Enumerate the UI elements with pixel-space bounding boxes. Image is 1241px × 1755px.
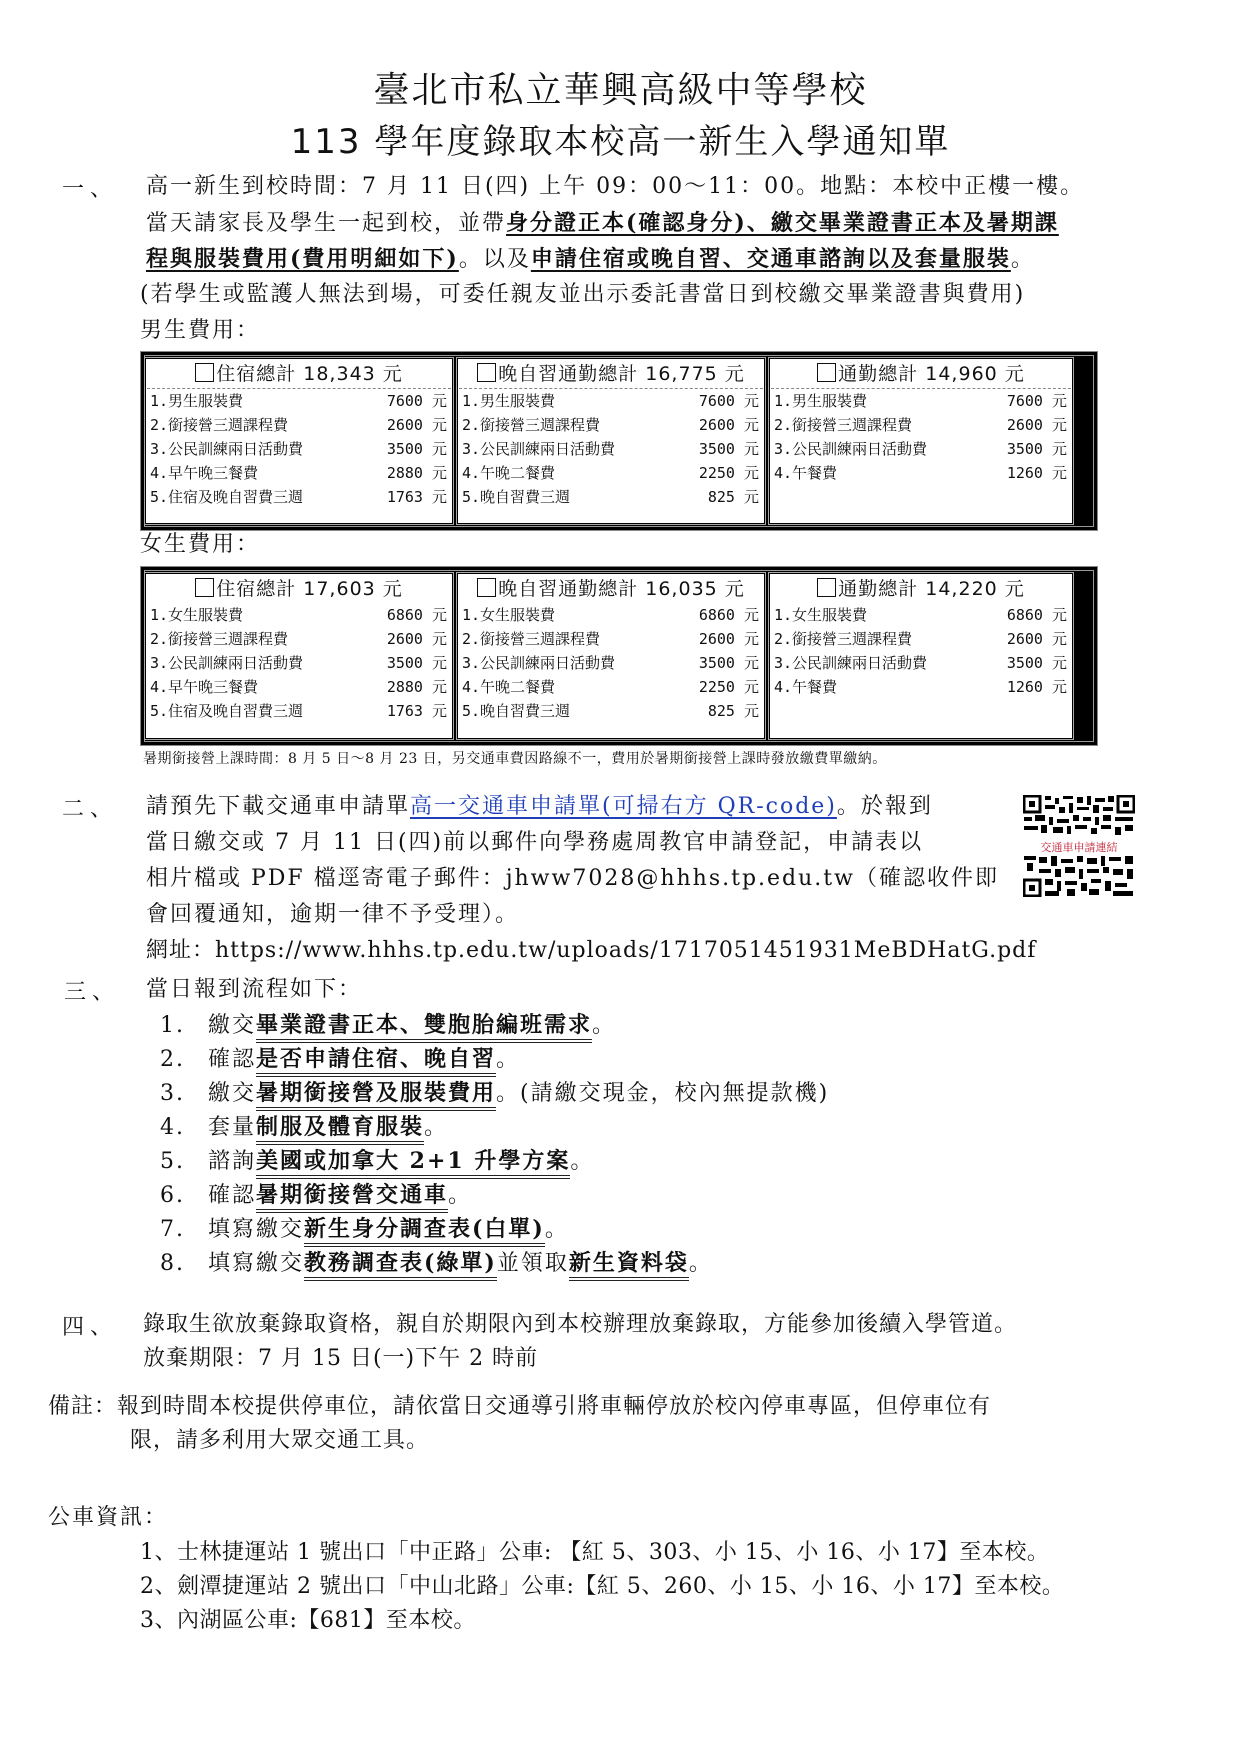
checkbox[interactable] [477, 363, 496, 382]
fee-row: 4.早午晚三餐費2880 元 [147, 461, 451, 485]
section3-marker: 三、 [64, 975, 120, 1006]
fee-item-name: 1.男生服裝費 [774, 389, 867, 413]
fee-box-header: 住宿總計 18,343 元 [147, 360, 451, 389]
checkbox[interactable] [195, 363, 214, 382]
fee-item-amount: 3500 元 [699, 437, 759, 461]
fee-item-name: 1.男生服裝費 [462, 389, 555, 413]
fee-row: 5.住宿及晚自習費三週1763 元 [147, 699, 451, 723]
fee-item-amount: 2600 元 [699, 413, 759, 437]
fee-row: 1.男生服裝費7600 元 [459, 389, 763, 413]
step-number: 7. [160, 1215, 208, 1245]
fee-row: 1.男生服裝費7600 元 [147, 389, 451, 413]
fee-box-title: 通勤總計 14,960 元 [838, 363, 1025, 385]
fee-item-amount: 2600 元 [387, 413, 447, 437]
checkbox[interactable] [195, 578, 214, 597]
fee-row: 4.午晚二餐費2250 元 [459, 461, 763, 485]
fee-row: 4.午晚二餐費2250 元 [459, 675, 763, 699]
step-emphasis: 制服及體育服裝 [256, 1114, 424, 1145]
section1-marker: 一、 [62, 172, 118, 203]
section1-line2: 當天請家長及學生一起到校，並帶身分證正本(確認身分)、繳交畢業證書正本及暑期課 [146, 208, 1059, 239]
fee-item-name: 3.公民訓練兩日活動費 [150, 437, 303, 461]
fee-box-header: 住宿總計 17,603 元 [147, 575, 451, 603]
fee-item-name: 3.公民訓練兩日活動費 [774, 651, 927, 675]
bus-application-link[interactable]: 高一交通車申請單(可掃右方 QR-code) [410, 794, 837, 819]
section4-line1: 錄取生欲放棄錄取資格，親自於期限內到本校辦理放棄錄取，方能參加後續入學管道。 [143, 1310, 1017, 1340]
fee-row: 2.銜接營三週課程費2600 元 [459, 627, 763, 651]
male-fee-commute: 通勤總計 14,960 元 1.男生服裝費7600 元 2.銜接營三週課程費26… [771, 360, 1071, 522]
fee-box-title: 通勤總計 14,220 元 [838, 578, 1025, 600]
fee-row: 3.公民訓練兩日活動費3500 元 [771, 437, 1071, 461]
fee-item-amount: 2250 元 [699, 675, 759, 699]
fee-box-title: 住宿總計 17,603 元 [216, 578, 403, 600]
fee-row: 3.公民訓練兩日活動費3500 元 [459, 651, 763, 675]
section2-line1: 請預先下載交通車申請單高一交通車申請單(可掃右方 QR-code)。於報到 [146, 792, 933, 822]
fee-row: 3.公民訓練兩日活動費3500 元 [459, 437, 763, 461]
fee-row: 1.女生服裝費6860 元 [459, 603, 763, 627]
fee-row: 1.女生服裝費6860 元 [147, 603, 451, 627]
fee-item-amount: 3500 元 [387, 437, 447, 461]
fee-row: 2.銜接營三週課程費2600 元 [771, 627, 1071, 651]
fee-item-name: 4.午餐費 [774, 461, 837, 485]
fee-item-name: 2.銜接營三週課程費 [462, 627, 600, 651]
fee-item-amount: 2250 元 [699, 461, 759, 485]
fee-row: 4.早午晚三餐費2880 元 [147, 675, 451, 699]
qr-code-block[interactable]: 交通車申請連結 [1023, 795, 1135, 901]
fee-item-name: 2.銜接營三週課程費 [150, 413, 288, 437]
camp-schedule-note: 暑期銜接營上課時間：8 月 5 日～8 月 23 日，另交通車費因路線不一，費用… [143, 748, 887, 768]
fee-item-amount: 7600 元 [699, 389, 759, 413]
qr-code-icon [1023, 795, 1135, 837]
step-emphasis: 是否申請住宿、晚自習 [256, 1046, 496, 1077]
fee-item-amount: 2600 元 [1007, 627, 1067, 651]
bus-route-item: 1、士林捷運站 1 號出口「中正路」公車: 【紅 5、303、小 15、小 16… [140, 1538, 1049, 1568]
fee-row: 5.晚自習費三週825 元 [459, 699, 763, 723]
step-mid: 並領取 [497, 1251, 569, 1276]
female-fee-commute: 通勤總計 14,220 元 1.女生服裝費6860 元 2.銜接營三週課程費26… [771, 575, 1071, 737]
fee-item-name: 2.銜接營三週課程費 [774, 627, 912, 651]
step-number: 2. [160, 1045, 208, 1075]
fee-item-amount: 825 元 [708, 485, 759, 509]
qr-code-icon [1023, 855, 1135, 897]
section1-line3-mid: 。以及 [459, 247, 531, 272]
fee-item-name: 4.午晚二餐費 [462, 675, 555, 699]
bus-route-item: 3、內湖區公車:【681】至本校。 [140, 1606, 476, 1636]
fee-item-name: 1.女生服裝費 [774, 603, 867, 627]
female-fee-dorm: 住宿總計 17,603 元 1.女生服裝費6860 元 2.銜接營三週課程費26… [147, 575, 451, 737]
fee-item-name: 4.早午晚三餐費 [150, 675, 258, 699]
fee-item-amount: 6860 元 [1007, 603, 1067, 627]
fee-box-header: 通勤總計 14,220 元 [771, 575, 1071, 603]
fee-item-name: 2.銜接營三週課程費 [150, 627, 288, 651]
checkbox[interactable] [477, 578, 496, 597]
bus-info-heading: 公車資訊： [48, 1503, 168, 1533]
fee-box-header: 晚自習通勤總計 16,775 元 [459, 360, 763, 389]
step-number: 6. [160, 1181, 208, 1211]
fee-item-name: 5.晚自習費三週 [462, 699, 570, 723]
step-pre: 確認 [208, 1047, 256, 1072]
step-emphasis-2: 新生資料袋 [569, 1250, 689, 1281]
section1-line3-end: 。 [1011, 247, 1035, 272]
fee-item-amount: 1763 元 [387, 485, 447, 509]
fee-item-name: 5.住宿及晚自習費三週 [150, 485, 303, 509]
fee-item-name: 5.晚自習費三週 [462, 485, 570, 509]
checkbox[interactable] [817, 363, 836, 382]
fee-row: 2.銜接營三週課程費2600 元 [147, 627, 451, 651]
section3-heading: 當日報到流程如下： [146, 975, 362, 1005]
step-post: 。 [448, 1183, 472, 1208]
section2-line2: 當日繳交或 7 月 11 日(四)前以郵件向學務處周教官申請登記，申請表以 [146, 828, 923, 858]
list-item: 8.填寫繳交教務調查表(綠單)並領取新生資料袋。 [160, 1248, 829, 1282]
step-emphasis: 美國或加拿大 2+1 升學方案 [256, 1148, 570, 1179]
section4-marker: 四、 [62, 1310, 118, 1341]
fee-item-amount: 1260 元 [1007, 675, 1067, 699]
section2-line1-post: 。於報到 [837, 794, 933, 819]
fee-item-name: 4.午餐費 [774, 675, 837, 699]
list-item: 1.繳交畢業證書正本、雙胞胎編班需求。 [160, 1010, 829, 1044]
fee-row: 5.晚自習費三週825 元 [459, 485, 763, 509]
list-item: 3.繳交暑期銜接營及服裝費用。(請繳交現金，校內無提款機) [160, 1078, 829, 1112]
step-number: 1. [160, 1011, 208, 1041]
step-emphasis: 新生身分調查表(白單) [304, 1216, 545, 1247]
fee-item-amount: 6860 元 [387, 603, 447, 627]
step-pre: 諮詢 [208, 1149, 256, 1174]
male-fee-table: 住宿總計 18,343 元 1.男生服裝費7600 元 2.銜接營三週課程費26… [140, 351, 1098, 531]
section1-line4: (若學生或監護人無法到場，可委任親友並出示委託書當日到校繳交畢業證書與費用) [140, 280, 1025, 310]
fee-row: 1.女生服裝費6860 元 [771, 603, 1071, 627]
section2-marker: 二、 [62, 792, 118, 823]
fee-row: 3.公民訓練兩日活動費3500 元 [147, 437, 451, 461]
step-post: 。 [592, 1013, 616, 1038]
step-post: 。 [570, 1149, 594, 1174]
step-pre: 確認 [208, 1183, 256, 1208]
step-post: 。 [545, 1217, 569, 1242]
remark-line2: 限，請多利用大眾交通工具。 [130, 1426, 429, 1456]
male-fees-label: 男生費用： [140, 316, 260, 346]
fee-item-name: 3.公民訓練兩日活動費 [150, 651, 303, 675]
list-item: 6.確認暑期銜接營交通車。 [160, 1180, 829, 1214]
fee-item-amount: 2600 元 [387, 627, 447, 651]
section1-required-documents: 身分證正本(確認身分)、繳交畢業證書正本及暑期課 [506, 210, 1059, 236]
step-emphasis: 暑期銜接營及服裝費用 [256, 1080, 496, 1111]
fee-box-title: 住宿總計 18,343 元 [216, 363, 403, 385]
fee-box-title: 晚自習通勤總計 16,775 元 [498, 363, 745, 385]
fee-item-amount: 1260 元 [1007, 461, 1067, 485]
fee-item-name: 3.公民訓練兩日活動費 [462, 437, 615, 461]
section1-line2-pre: 當天請家長及學生一起到校，並帶 [146, 211, 506, 236]
fee-item-name: 5.住宿及晚自習費三週 [150, 699, 303, 723]
fee-row: 2.銜接營三週課程費2600 元 [459, 413, 763, 437]
list-item: 2.確認是否申請住宿、晚自習。 [160, 1044, 829, 1078]
step-pre: 繳交 [208, 1081, 256, 1106]
step-number: 4. [160, 1113, 208, 1143]
fee-item-amount: 3500 元 [699, 651, 759, 675]
step-pre: 填寫繳交 [208, 1251, 304, 1276]
qr-code-label: 交通車申請連結 [1023, 841, 1135, 855]
bus-route-item: 2、劍潭捷運站 2 號出口「中山北路」公車:【紅 5、260、小 15、小 16… [140, 1572, 1064, 1602]
list-item: 7.填寫繳交新生身分調查表(白單)。 [160, 1214, 829, 1248]
fee-item-name: 3.公民訓練兩日活動費 [774, 437, 927, 461]
fee-item-name: 1.男生服裝費 [150, 389, 243, 413]
notice-title: 113 學年度錄取本校高一新生入學通知單 [0, 114, 1241, 163]
fee-item-amount: 3500 元 [387, 651, 447, 675]
fee-item-amount: 3500 元 [1007, 437, 1067, 461]
fee-item-amount: 825 元 [708, 699, 759, 723]
section2-line1-pre: 請預先下載交通車申請單 [146, 794, 410, 819]
fee-item-name: 1.女生服裝費 [150, 603, 243, 627]
section2-line4: 會回覆通知，逾期一律不予受理）。 [146, 900, 519, 930]
fee-item-amount: 2600 元 [1007, 413, 1067, 437]
fee-item-amount: 6860 元 [699, 603, 759, 627]
fee-row: 1.男生服裝費7600 元 [771, 389, 1071, 413]
step-post: 。 [496, 1047, 520, 1072]
fee-item-amount: 2880 元 [387, 461, 447, 485]
fee-row: 2.銜接營三週課程費2600 元 [147, 413, 451, 437]
step-post: 。(請繳交現金，校內無提款機) [496, 1081, 829, 1106]
step-emphasis: 教務調查表(綠單) [304, 1250, 497, 1281]
reporting-steps-list: 1.繳交畢業證書正本、雙胞胎編班需求。 2.確認是否申請住宿、晚自習。 3.繳交… [160, 1010, 829, 1282]
fee-item-name: 2.銜接營三週課程費 [774, 413, 912, 437]
list-item: 5.諮詢美國或加拿大 2+1 升學方案。 [160, 1146, 829, 1180]
section4-deadline: 放棄期限：7 月 15 日(一)下午 2 時前 [143, 1344, 538, 1374]
fee-box-header: 通勤總計 14,960 元 [771, 360, 1071, 389]
fee-item-amount: 3500 元 [1007, 651, 1067, 675]
section1-line1: 高一新生到校時間：7 月 11 日(四) 上午 09：00～11：00。地點：本… [146, 172, 1084, 202]
fee-item-name: 4.早午晚三餐費 [150, 461, 258, 485]
fee-row: 2.銜接營三週課程費2600 元 [771, 413, 1071, 437]
checkbox[interactable] [817, 578, 836, 597]
fee-item-amount: 2880 元 [387, 675, 447, 699]
fee-item-name: 3.公民訓練兩日活動費 [462, 651, 615, 675]
female-fee-table: 住宿總計 17,603 元 1.女生服裝費6860 元 2.銜接營三週課程費26… [140, 566, 1098, 746]
fee-row: 4.午餐費1260 元 [771, 675, 1071, 699]
fee-item-name: 2.銜接營三週課程費 [462, 413, 600, 437]
fee-item-name: 1.女生服裝費 [462, 603, 555, 627]
fee-item-amount: 1763 元 [387, 699, 447, 723]
section1-line3: 程與服裝費用(費用明細如下)。以及申請住宿或晚自習、交通車諮詢以及套量服裝。 [146, 244, 1035, 275]
fee-row: 3.公民訓練兩日活動費3500 元 [147, 651, 451, 675]
fee-item-amount: 2600 元 [699, 627, 759, 651]
section2-url[interactable]: 網址：https://www.hhhs.tp.edu.tw/uploads/17… [146, 936, 1036, 966]
step-number: 5. [160, 1147, 208, 1177]
fee-row: 5.住宿及晚自習費三週1763 元 [147, 485, 451, 509]
school-name: 臺北市私立華興高級中等學校 [0, 62, 1241, 113]
fee-row: 4.午餐費1260 元 [771, 461, 1071, 485]
step-emphasis: 暑期銜接營交通車 [256, 1182, 448, 1213]
step-post: 。 [424, 1115, 448, 1140]
fee-box-title: 晚自習通勤總計 16,035 元 [498, 578, 745, 600]
step-post: 。 [689, 1251, 713, 1276]
section1-fee-detail: 程與服裝費用(費用明細如下) [146, 246, 459, 272]
fee-box-header: 晚自習通勤總計 16,035 元 [459, 575, 763, 603]
list-item: 4.套量制服及體育服裝。 [160, 1112, 829, 1146]
male-fee-dorm: 住宿總計 18,343 元 1.男生服裝費7600 元 2.銜接營三週課程費26… [147, 360, 451, 522]
step-emphasis: 畢業證書正本、雙胞胎編班需求 [256, 1012, 592, 1043]
step-pre: 繳交 [208, 1013, 256, 1038]
remark-line1: 備註：報到時間本校提供停車位，請依當日交通導引將車輛停放於校內停車專區，但停車位… [48, 1392, 991, 1422]
step-number: 3. [160, 1079, 208, 1109]
fee-item-amount: 7600 元 [387, 389, 447, 413]
female-fee-study-commute: 晚自習通勤總計 16,035 元 1.女生服裝費6860 元 2.銜接營三週課程… [459, 575, 763, 737]
step-pre: 填寫繳交 [208, 1217, 304, 1242]
section1-services: 申請住宿或晚自習、交通車諮詢以及套量服裝 [531, 246, 1011, 272]
fee-item-name: 4.午晚二餐費 [462, 461, 555, 485]
fee-item-amount: 7600 元 [1007, 389, 1067, 413]
step-pre: 套量 [208, 1115, 256, 1140]
male-fee-study-commute: 晚自習通勤總計 16,775 元 1.男生服裝費7600 元 2.銜接營三週課程… [459, 360, 763, 522]
fee-row: 3.公民訓練兩日活動費3500 元 [771, 651, 1071, 675]
step-number: 8. [160, 1249, 208, 1279]
section2-line3: 相片檔或 PDF 檔逕寄電子郵件：jhww7028@hhhs.tp.edu.tw… [146, 864, 999, 894]
female-fees-label: 女生費用： [140, 530, 260, 560]
